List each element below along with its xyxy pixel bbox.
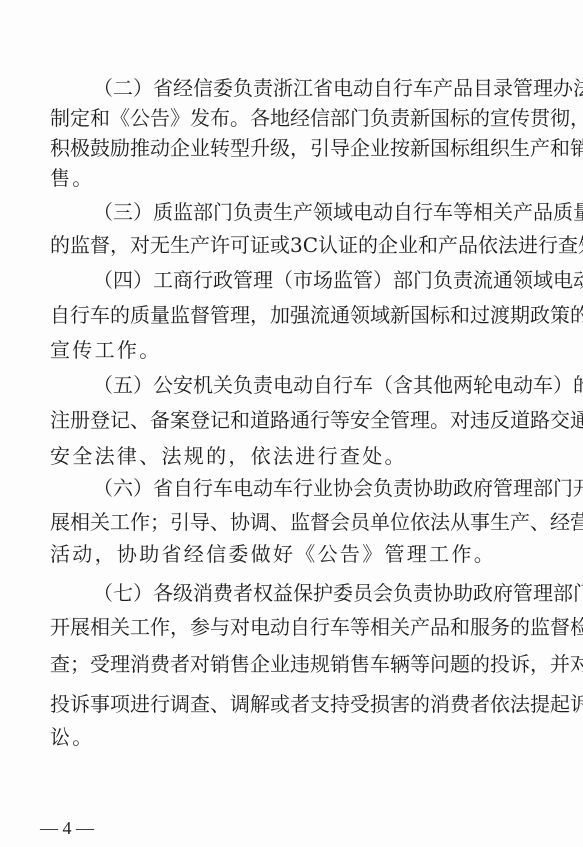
paragraph-line: 讼。 — [50, 725, 540, 749]
paragraph-line: （二）省经信委负责浙江省电动自行车产品目录管理办法 — [93, 76, 540, 100]
paragraph-line: 制定和《公告》发布。各地经信部门负责新国标的宣传贯彻， — [50, 106, 540, 130]
paragraph-line: 查；受理消费者对销售企业违规销售车辆等问题的投诉，并对 — [50, 652, 540, 676]
paragraph-line: 开展相关工作，参与对电动自行车等相关产品和服务的监督检 — [50, 615, 540, 639]
paragraph-line: （四）工商行政管理（市场监管）部门负责流通领域电动 — [93, 268, 540, 292]
paragraph-line: （五）公安机关负责电动自行车（含其他两轮电动车）的 — [93, 373, 540, 397]
paragraph-line: 活动，协助省经信委做好《公告》管理工作。 — [50, 542, 540, 566]
paragraph-line: （三）质监部门负责生产领域电动自行车等相关产品质量 — [93, 200, 540, 224]
paragraph-line: 的监督，对无生产许可证或3C认证的企业和产品依法进行查处。 — [50, 233, 540, 257]
paragraph-line: 积极鼓励推动企业转型升级，引导企业按新国标组织生产和销 — [50, 136, 540, 160]
paragraph-line: 注册登记、备案登记和道路通行等安全管理。对违反道路交通 — [50, 408, 540, 432]
paragraph-line: （六）省自行车电动车行业协会负责协助政府管理部门开 — [93, 476, 540, 500]
paragraph-line: 展相关工作；引导、协调、监督会员单位依法从事生产、经营 — [50, 510, 540, 534]
paragraph-line: 宣传工作。 — [50, 338, 540, 362]
paragraph-line: 售。 — [50, 166, 540, 190]
paragraph-line: 自行车的质量监督管理，加强流通领域新国标和过渡期政策的 — [50, 303, 540, 327]
paragraph-line: （七）各级消费者权益保护委员会负责协助政府管理部门 — [93, 581, 540, 605]
paragraph-line: 安全法律、法规的，依法进行查处。 — [50, 444, 540, 468]
page-number: — 4 — — [40, 816, 94, 840]
paragraph-line: 投诉事项进行调查、调解或者支持受损害的消费者依法提起诉 — [50, 692, 540, 716]
